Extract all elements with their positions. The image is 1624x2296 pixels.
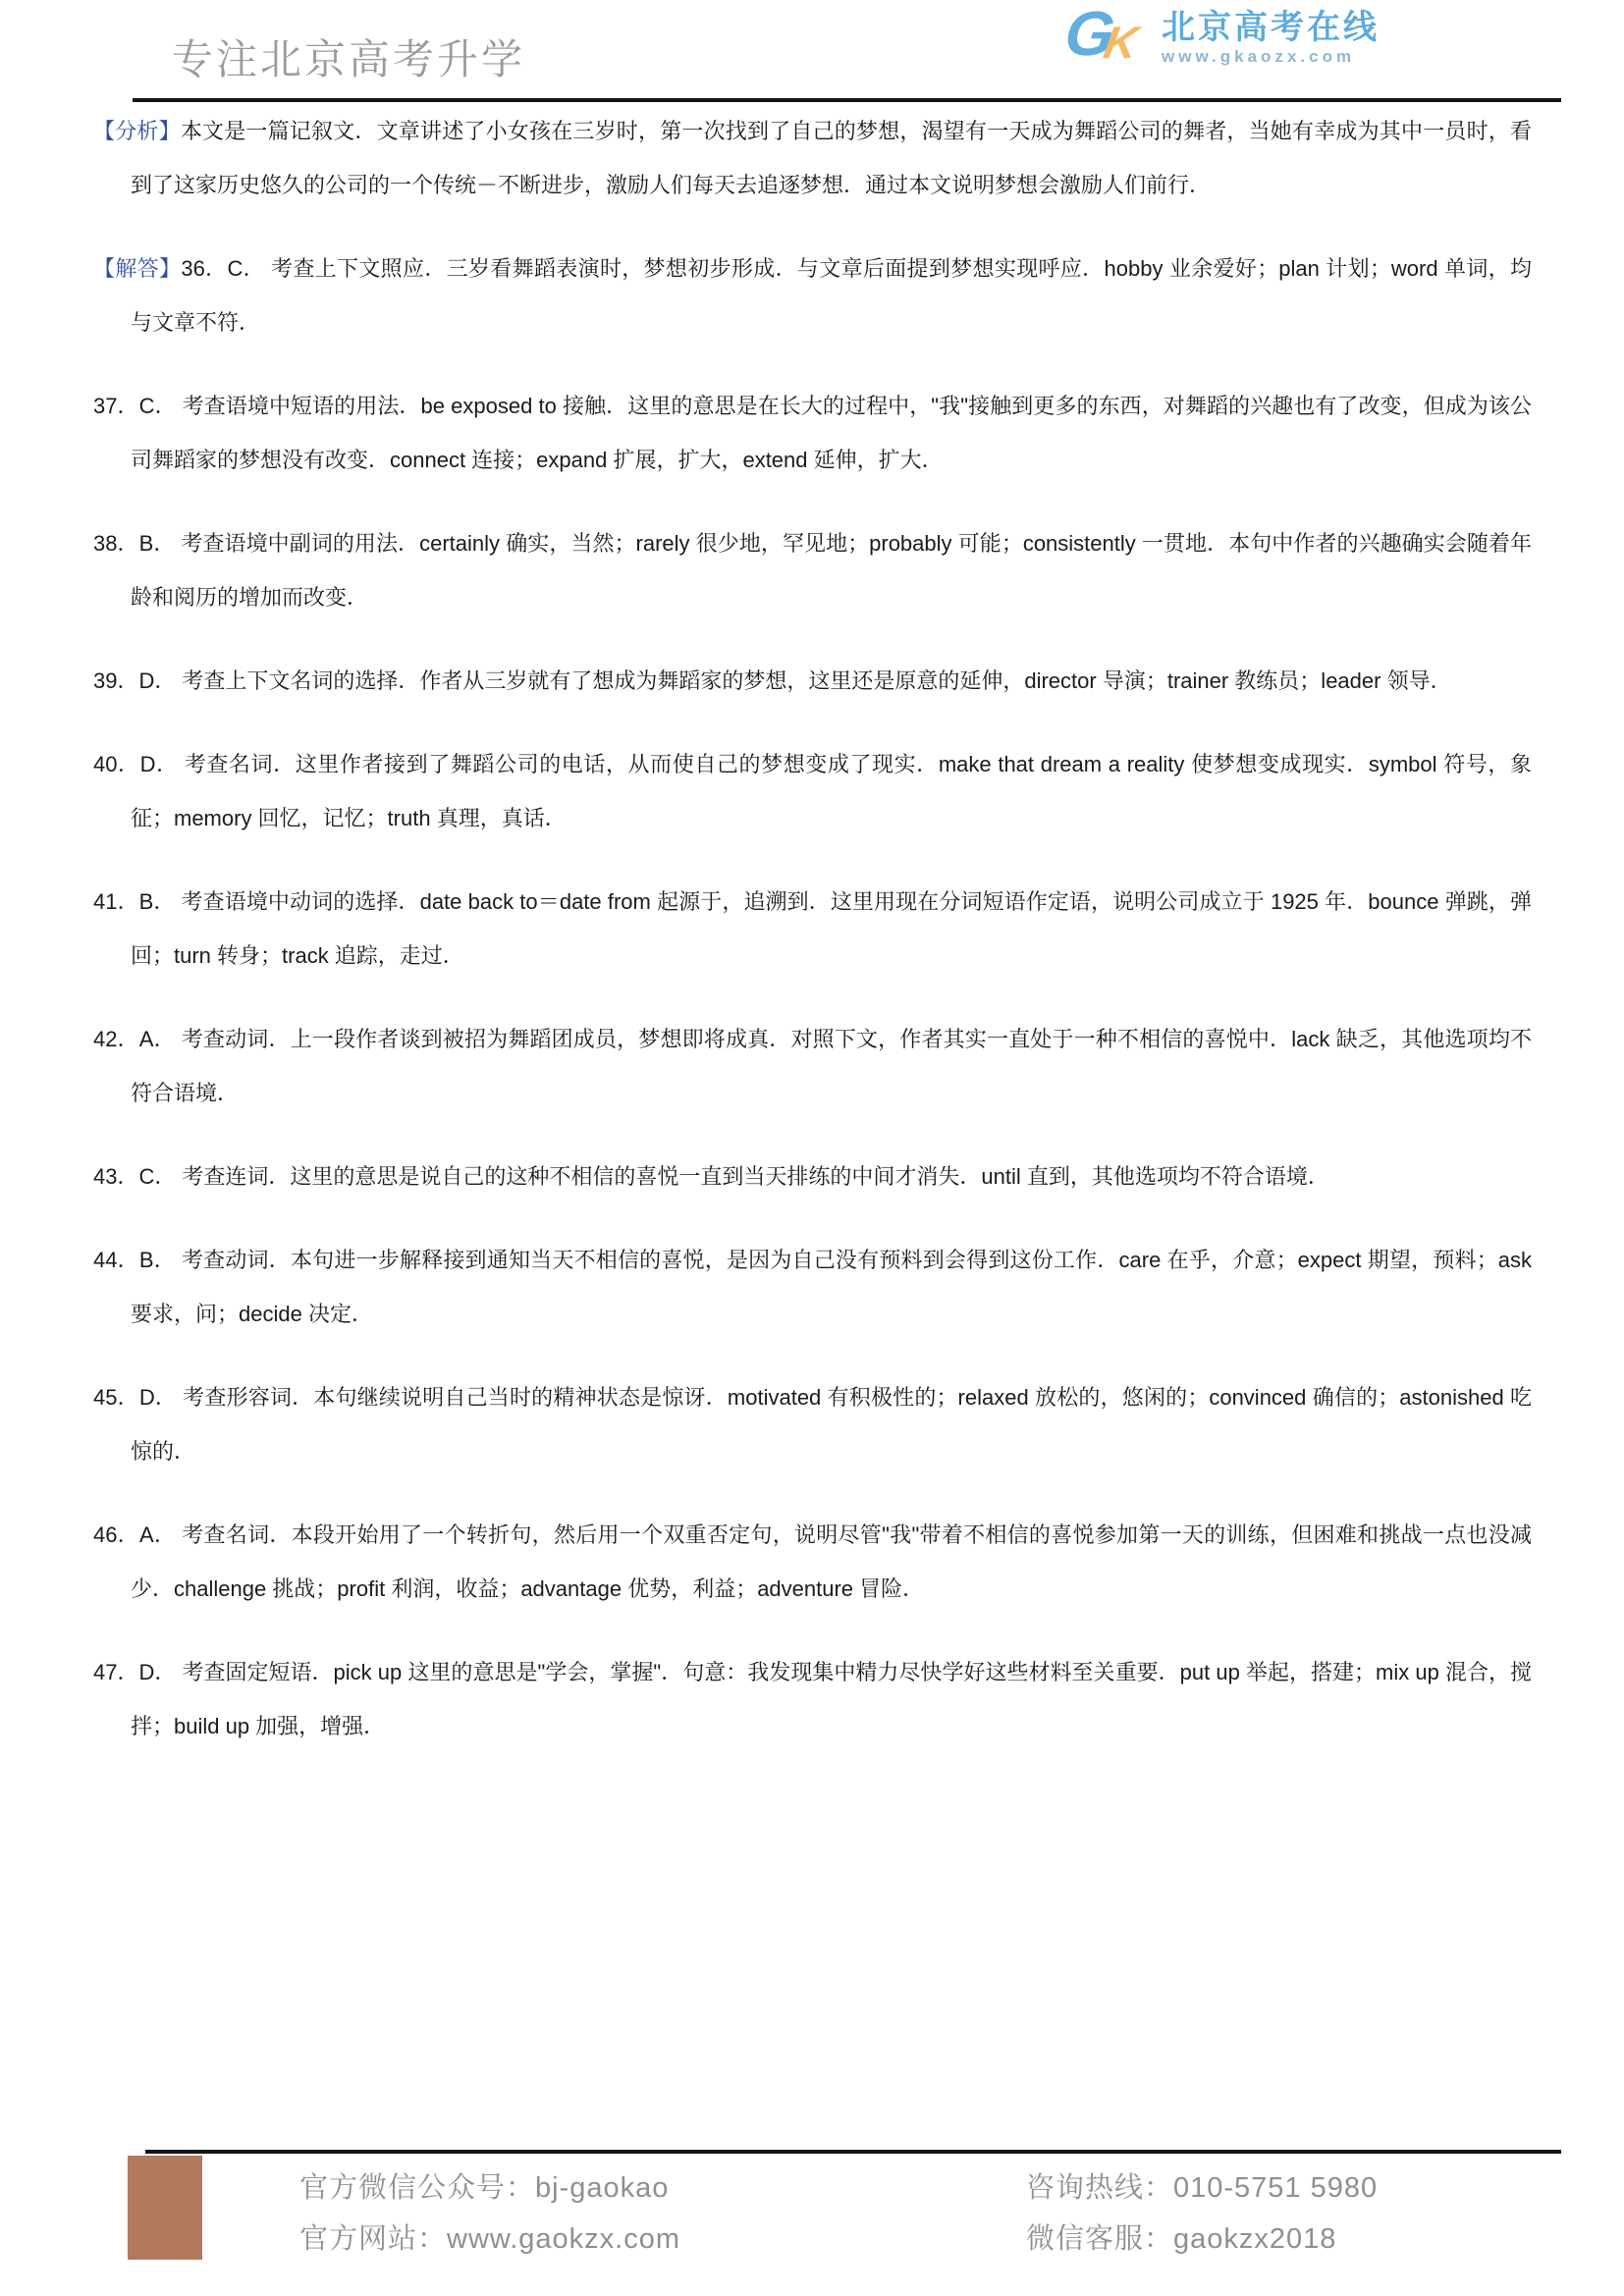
footer-left-column: 官方微信公众号：bj-gaokao 官方网站：www.gaokzx.com	[299, 2163, 680, 2265]
item-text: 考查名词．这里作者接到了舞蹈公司的电话，从而使自己的梦想变成了现实．make t…	[131, 752, 1532, 830]
item-number: 36．C．	[181, 256, 265, 281]
page-title: 专注北京高考升学	[172, 27, 525, 86]
item-text: 考查语境中短语的用法．be exposed to 接触．这里的意思是在长大的过程…	[131, 394, 1532, 472]
footer-right-column: 咨询热线：010-5751 5980 微信客服：gaokzx2018	[1026, 2163, 1378, 2265]
item-number: 40．D．	[93, 752, 179, 776]
answer-item-43: 43．C．考查连词．这里的意思是说自己的这种不相信的喜悦一直到当天排练的中间才消…	[93, 1149, 1532, 1203]
gk-logo-icon: G K	[1065, 6, 1152, 71]
logo-site-name: 北京高考在线	[1162, 10, 1380, 46]
item-text: 考查连词．这里的意思是说自己的这种不相信的喜悦一直到当天排练的中间才消失．unt…	[182, 1164, 1328, 1189]
footer-divider	[145, 2150, 1561, 2154]
document-page: 专注北京高考升学 G K 北京高考在线 www.gkaozx.com 【分析】本…	[0, 0, 1624, 2296]
footer-wechat-service: 微信客服：gaokzx2018	[1026, 2214, 1378, 2265]
item-text: 考查动词．本句进一步解释接到通知当天不相信的喜悦，是因为自己没有预料到会得到这份…	[131, 1248, 1532, 1326]
analysis-text: 本文是一篇记叙文．文章讲述了小女孩在三岁时，第一次找到了自己的梦想，渴望有一天成…	[131, 119, 1532, 197]
logo-text: 北京高考在线 www.gkaozx.com	[1162, 10, 1380, 67]
footer-website: 官方网站：www.gaokzx.com	[299, 2214, 680, 2265]
footer-wechat-public: 官方微信公众号：bj-gaokao	[299, 2163, 680, 2214]
logo-site-url: www.gkaozx.com	[1162, 48, 1380, 67]
header-divider	[133, 98, 1561, 102]
item-number: 44．B．	[93, 1248, 176, 1272]
item-number: 37．C．	[93, 394, 177, 418]
answer-item-44: 44．B．考查动词．本句进一步解释接到通知当天不相信的喜悦，是因为自己没有预料到…	[93, 1233, 1532, 1341]
item-text: 考查语境中动词的选择．date back to＝date from 起源于，追溯…	[131, 889, 1532, 968]
item-text: 考查名词．本段开始用了一个转折句，然后用一个双重否定句，说明尽管"我"带着不相信…	[131, 1522, 1532, 1601]
item-text: 考查固定短语．pick up 这里的意思是"学会，掌握"．句意：我发现集中精力尽…	[131, 1660, 1532, 1738]
item-number: 42．A．	[93, 1027, 176, 1051]
item-number: 39．D．	[93, 668, 176, 693]
analysis-label: 【分析】	[93, 119, 181, 143]
answer-item-37: 37．C．考查语境中短语的用法．be exposed to 接触．这里的意思是在…	[93, 379, 1532, 487]
item-text: 考查上下文照应．三岁看舞蹈表演时，梦想初步形成．与文章后面提到梦想实现呼应．ho…	[131, 256, 1532, 335]
item-number: 41．B．	[93, 889, 176, 914]
answer-item-40: 40．D．考查名词．这里作者接到了舞蹈公司的电话，从而使自己的梦想变成了现实．m…	[93, 737, 1532, 845]
item-number: 38．B．	[93, 531, 175, 556]
item-number: 46．A．	[93, 1522, 176, 1547]
item-text: 考查形容词．本句继续说明自己当时的精神状态是惊讶．motivated 有积极性的…	[131, 1385, 1532, 1464]
item-text: 考查动词．上一段作者谈到被招为舞蹈团成员，梦想即将成真．对照下文，作者其实一直处…	[131, 1027, 1532, 1105]
answer-item-38: 38．B．考查语境中副词的用法．certainly 确实，当然；rarely 很…	[93, 516, 1532, 624]
answer-item-47: 47．D．考查固定短语．pick up 这里的意思是"学会，掌握"．句意：我发现…	[93, 1645, 1532, 1753]
item-number: 43．C．	[93, 1164, 176, 1189]
item-number: 47．D．	[93, 1660, 176, 1684]
gkaozx-logo: G K 北京高考在线 www.gkaozx.com	[1065, 6, 1380, 71]
item-text: 考查语境中副词的用法．certainly 确实，当然；rarely 很少地，罕见…	[131, 531, 1532, 610]
jieda-label: 【解答】	[93, 256, 181, 281]
analysis-paragraph: 【分析】本文是一篇记叙文．文章讲述了小女孩在三岁时，第一次找到了自己的梦想，渴望…	[93, 104, 1532, 212]
item-text: 考查上下文名词的选择．作者从三岁就有了想成为舞蹈家的梦想，这里还是原意的延伸，d…	[182, 668, 1451, 693]
answer-item-46: 46．A．考查名词．本段开始用了一个转折句，然后用一个双重否定句，说明尽管"我"…	[93, 1508, 1532, 1616]
footer-brown-block	[128, 2156, 202, 2260]
logo-k-glyph: K	[1101, 20, 1141, 65]
footer-hotline: 咨询热线：010-5751 5980	[1026, 2163, 1378, 2214]
answer-item-39: 39．D．考查上下文名词的选择．作者从三岁就有了想成为舞蹈家的梦想，这里还是原意…	[93, 654, 1532, 708]
answer-explanations: 【分析】本文是一篇记叙文．文章讲述了小女孩在三岁时，第一次找到了自己的梦想，渴望…	[93, 104, 1532, 1783]
answer-item-42: 42．A．考查动词．上一段作者谈到被招为舞蹈团成员，梦想即将成真．对照下文，作者…	[93, 1012, 1532, 1120]
answer-item-41: 41．B．考查语境中动词的选择．date back to＝date from 起…	[93, 875, 1532, 983]
answer-item-36: 【解答】36．C．考查上下文照应．三岁看舞蹈表演时，梦想初步形成．与文章后面提到…	[93, 241, 1532, 349]
answer-item-45: 45．D．考查形容词．本句继续说明自己当时的精神状态是惊讶．motivated …	[93, 1370, 1532, 1478]
item-number: 45．D．	[93, 1385, 177, 1410]
